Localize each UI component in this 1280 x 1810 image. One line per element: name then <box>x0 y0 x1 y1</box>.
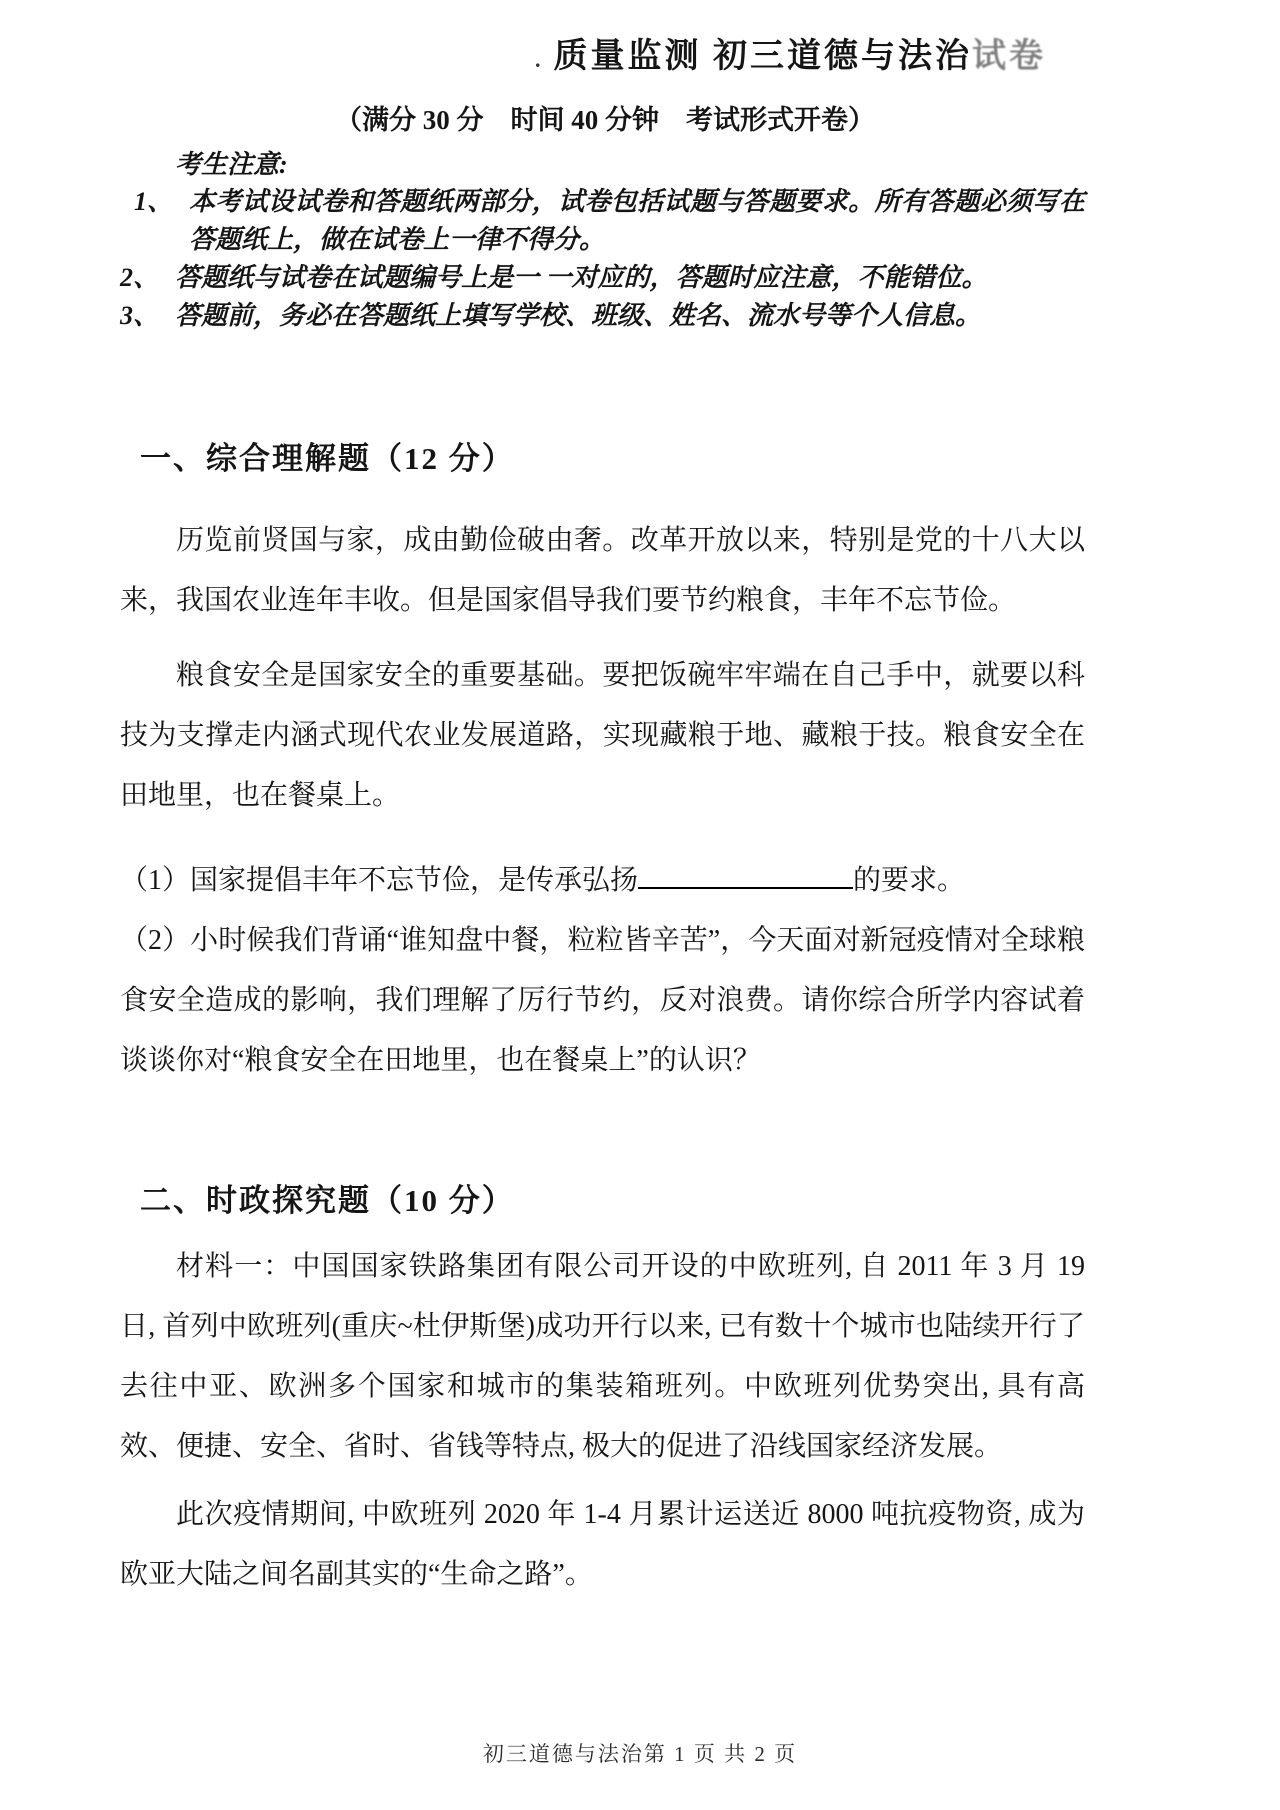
section-1-paragraph-2: 粮食安全是国家安全的重要基础。要把饭碗牢牢端在自己手中，就要以科技为支撑走内涵式… <box>120 646 1085 826</box>
question-1-text-after: 的要求。 <box>853 865 965 896</box>
section-2-heading: 二、时政探究题（10 分） <box>140 1179 1085 1223</box>
paper-title-main: 质量监测 初三道德与法治 <box>554 38 973 75</box>
paper-title: .质量监测 初三道德与法治试卷 <box>120 34 1085 83</box>
notice-item-number: 2、 <box>120 259 175 297</box>
question-1: （1）国家提倡丰年不忘节俭，是传承弘扬的要求。 <box>120 851 1085 911</box>
notice-item-number: 3、 <box>120 297 175 335</box>
notice-item: 3、 答题前，务必在答题纸上填写学校、班级、姓名、流水号等个人信息。 <box>120 297 1085 335</box>
paper-subtitle: （满分 30 分 时间 40 分钟 考试形式开卷） <box>120 101 1085 139</box>
question-1-text-before: （1）国家提倡丰年不忘节俭，是传承弘扬 <box>120 865 638 896</box>
notice-item-number: 1、 <box>134 183 189 259</box>
section-1-paragraph-1: 历览前贤国与家，成由勤俭破由奢。改革开放以来，特别是党的十八大以来，我国农业连年… <box>120 511 1085 631</box>
section-2-material-1: 材料一：中国国家铁路集团有限公司开设的中欧班列, 自 2011 年 3 月 19… <box>120 1237 1085 1477</box>
notice-item-text: 答题纸与试卷在试题编号上是一 一对应的，答题时应注意，不能错位。 <box>175 259 1085 297</box>
scan-dot-artifact: . <box>535 47 554 72</box>
fill-in-blank <box>638 857 853 889</box>
examinee-notice: 考生注意: 1、 本考试设试卷和答题纸两部分，试卷包括试题与答题要求。所有答题必… <box>120 147 1085 335</box>
notice-item-text: 本考试设试卷和答题纸两部分，试卷包括试题与答题要求。所有答题必须写在答题纸上，做… <box>189 183 1085 259</box>
section-1-heading: 一、综合理解题（12 分） <box>140 437 1085 481</box>
notice-item: 1、 本考试设试卷和答题纸两部分，试卷包括试题与答题要求。所有答题必须写在答题纸… <box>120 183 1085 259</box>
exam-paper-page: .质量监测 初三道德与法治试卷 （满分 30 分 时间 40 分钟 考试形式开卷… <box>0 0 1280 1810</box>
notice-item: 2、 答题纸与试卷在试题编号上是一 一对应的，答题时应注意，不能错位。 <box>120 259 1085 297</box>
footer-page-number: 初三道德与法治第 1 页 共 2 页 <box>0 1738 1280 1768</box>
question-2: （2）小时候我们背诵“谁知盘中餐，粒粒皆辛苦”，今天面对新冠疫情对全球粮食安全造… <box>120 911 1085 1091</box>
paper-title-suffix: 试卷 <box>972 38 1046 75</box>
section-2-paragraph-2: 此次疫情期间, 中欧班列 2020 年 1-4 月累计运送近 8000 吨抗疫物… <box>120 1485 1085 1605</box>
notice-heading: 考生注意: <box>175 147 1085 183</box>
notice-item-text: 答题前，务必在答题纸上填写学校、班级、姓名、流水号等个人信息。 <box>175 297 1085 335</box>
